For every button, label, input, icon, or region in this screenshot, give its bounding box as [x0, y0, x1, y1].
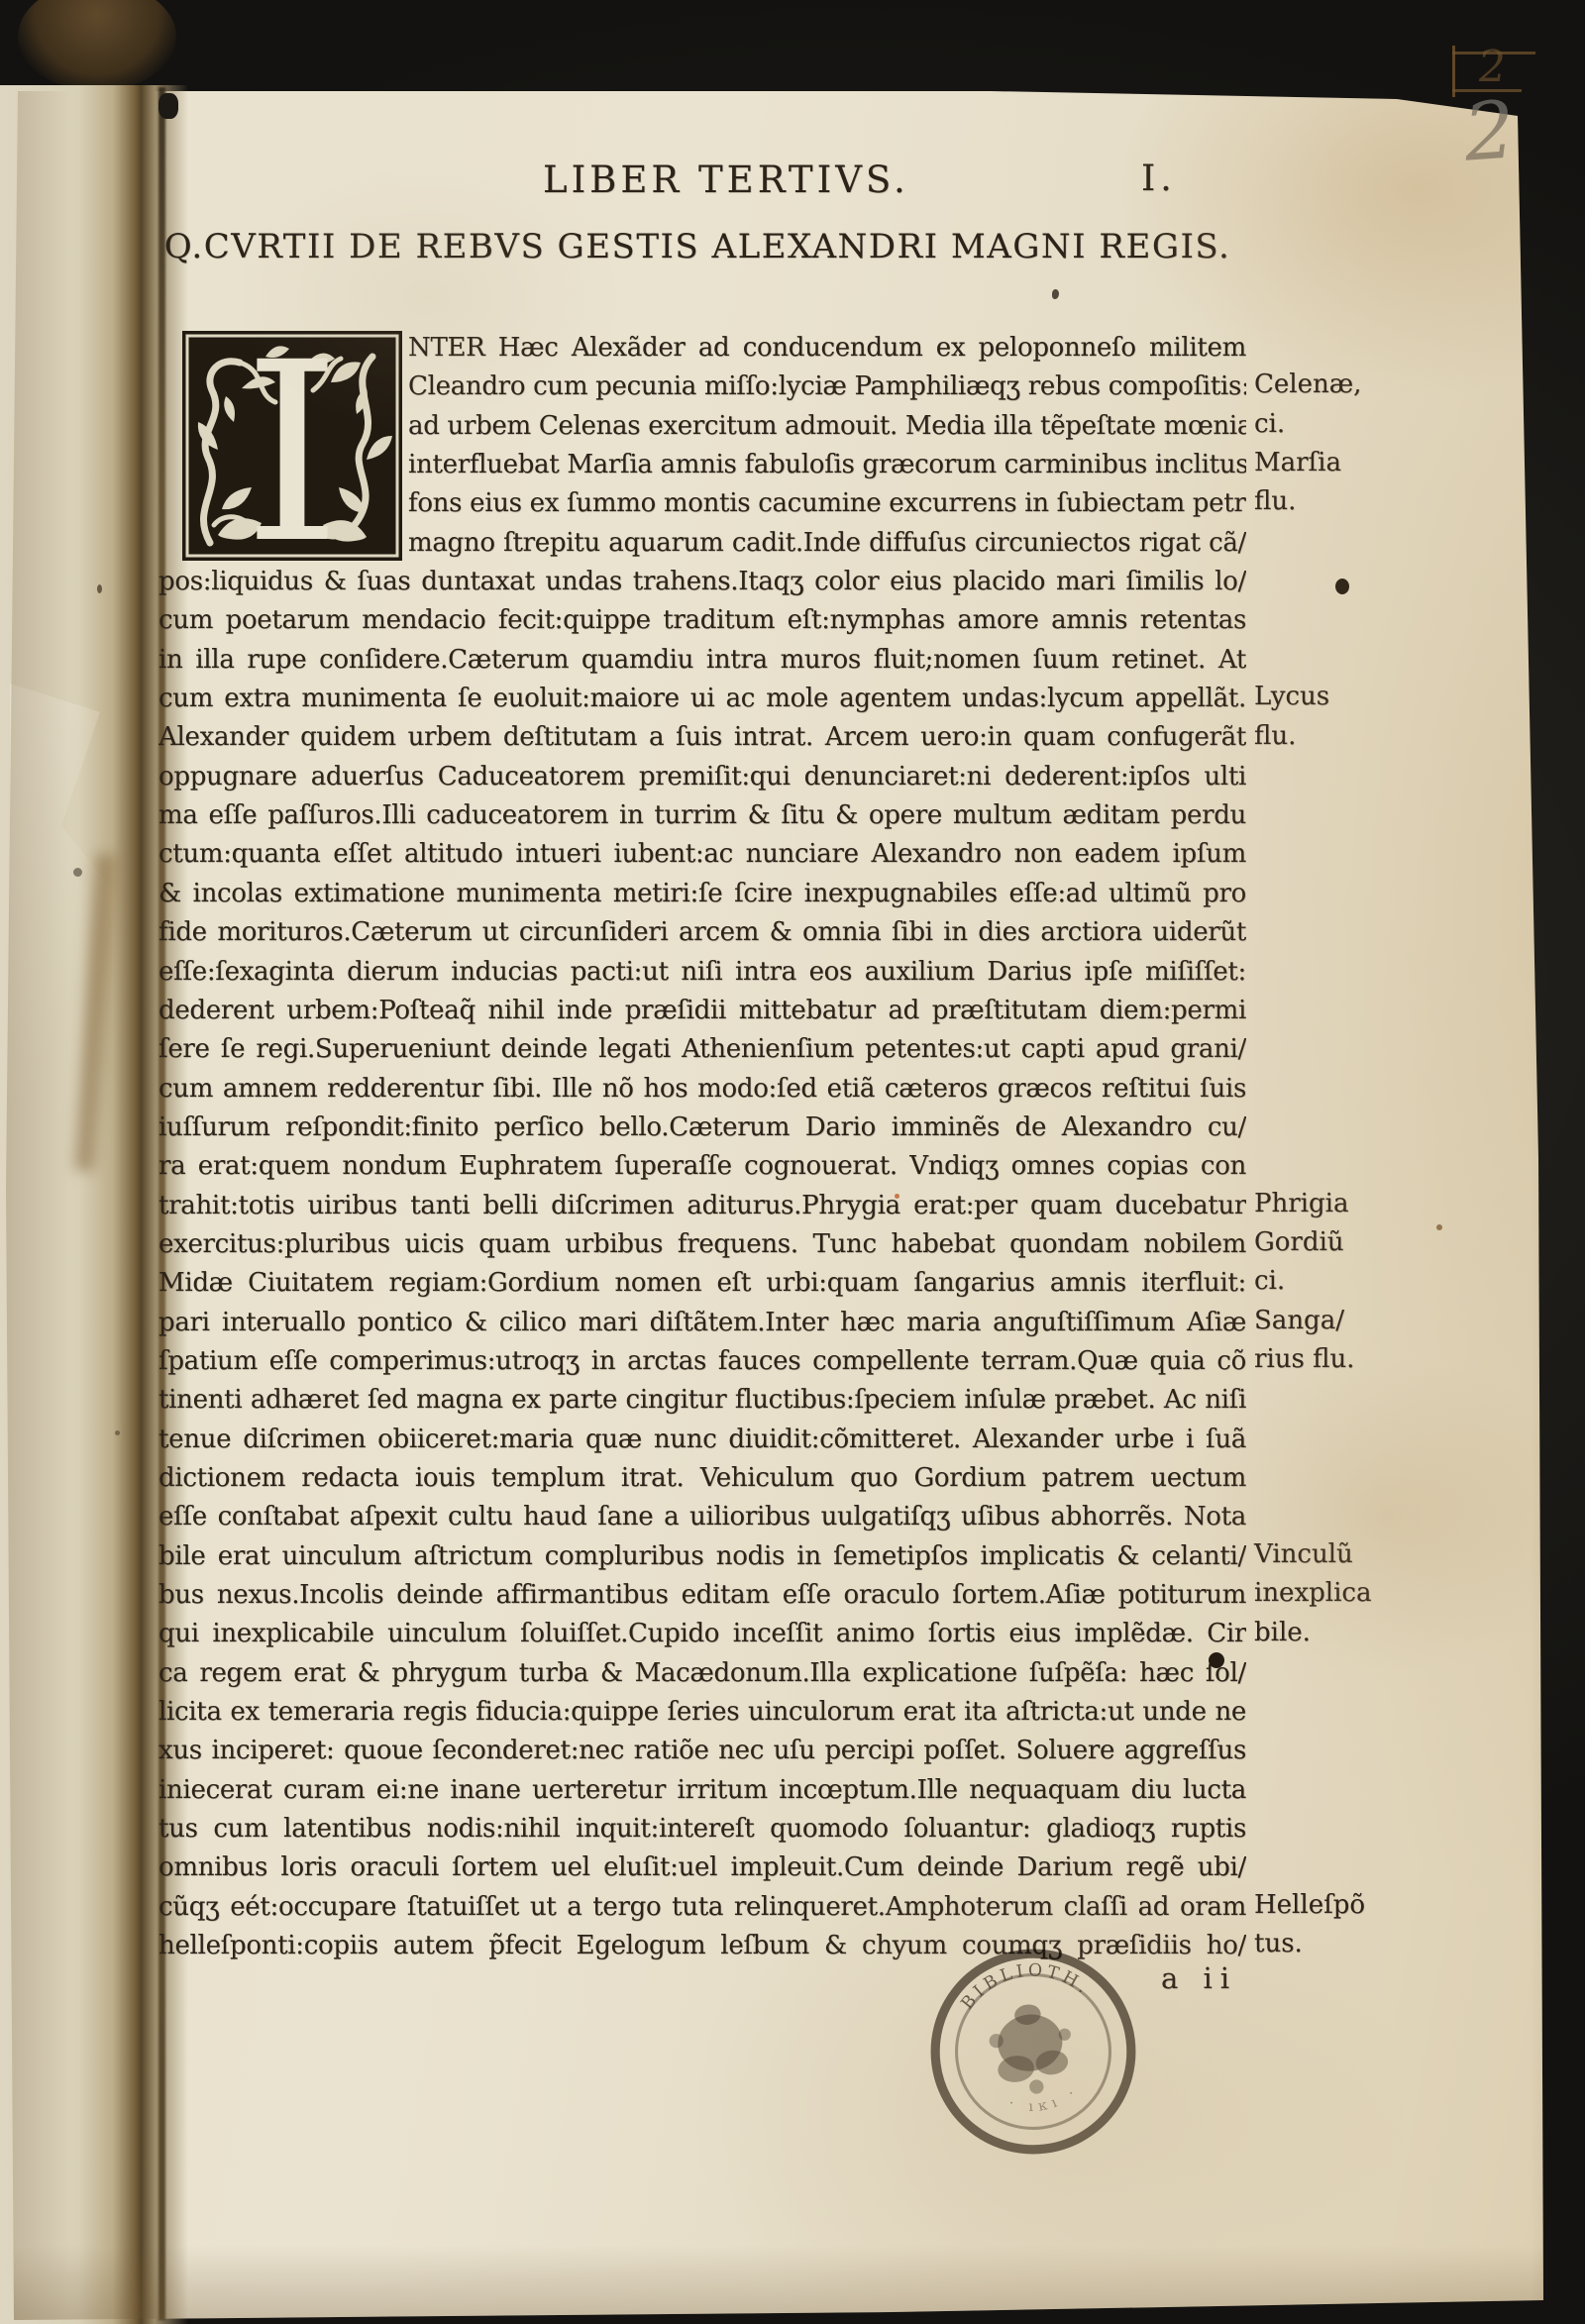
margin-note: Gordiũ: [1254, 1227, 1344, 1257]
stamp-eagle-icon: [986, 2000, 1078, 2099]
body-line: cum extra munimenta ſe euoluit:maiore ui…: [158, 680, 1246, 718]
body-line: ca regem erat & phrygum turba & Macædonu…: [158, 1654, 1246, 1693]
margin-note: Vinculũ: [1254, 1539, 1353, 1569]
margin-note: inexplica: [1254, 1578, 1371, 1608]
body-line: eſſe:ſexaginta dierum inducias pacti:ut …: [158, 953, 1246, 992]
body-line: Cleandro cum pecunia miſſo:lyciæ Pamphil…: [158, 368, 1246, 406]
body-line: ad urbem Celenas exercitum admouit. Medi…: [158, 407, 1246, 446]
body-line: NTER Hæc Alexãder ad conducendum ex pelo…: [158, 329, 1246, 368]
binding-fibres: [18, 0, 176, 91]
body-line: ſpatium eſſe comperimus:utroqʒ in arctas…: [158, 1342, 1246, 1381]
body-line: Alexander quidem urbem deſtitutam a ſuis…: [158, 718, 1246, 757]
svg-text:· ıĸı ·: · ıĸı ·: [1004, 2081, 1085, 2119]
body-line: cum amnem redderentur ſibi. Ille nõ hos …: [158, 1070, 1246, 1109]
body-line: ma eſſe paſſuros.Illi caduceatorem in tu…: [158, 796, 1246, 835]
body-line: fons eius ex ſummo montis cacumine excur…: [158, 484, 1246, 523]
margin-speck: [97, 584, 102, 593]
margin-note: Helleſpõ: [1254, 1890, 1365, 1920]
margin-note: rius flu.: [1254, 1344, 1354, 1374]
body-line: bus nexus.Incolis deinde affirmantibus e…: [158, 1576, 1246, 1615]
body-line: qui inexplicabile uinculum ſoluiſſet.Cup…: [158, 1615, 1246, 1653]
body-line: pos:liquidus & ſuas duntaxat undas trahe…: [158, 563, 1246, 601]
signature-mark: a ii: [1161, 1961, 1237, 1995]
body-line: in illa rupe conſidere.Cæterum quamdiu i…: [158, 641, 1246, 680]
body-line: omnibus loris oraculi ſortem uel eluſit:…: [158, 1849, 1246, 1887]
corner-ink-mark: 2: [1452, 46, 1537, 97]
body-line: exercitus:pluribus uicis quam urbibus fr…: [158, 1225, 1246, 1264]
body-line: tus cum latentibus nodis:nihil inquit:in…: [158, 1810, 1246, 1849]
body-line: dictionem redacta iouis templum itrat. V…: [158, 1459, 1246, 1498]
library-stamp: BIBLIOTH. · ıĸı ·: [915, 1934, 1151, 2169]
body-line: interfluebat Marſia amnis fabuloſis græc…: [158, 446, 1246, 484]
margin-note: Lycus: [1254, 682, 1329, 711]
photo-background: LIBER TERTIVS. I. Q.CVRTII DE REBVS GEST…: [0, 0, 1585, 2324]
body-line: cum poetarum mendacio fecit:quippe tradi…: [158, 601, 1246, 640]
chapter-numeral: I.: [1141, 158, 1177, 199]
text-block: NTER Hæc Alexãder ad conducendum ex pelo…: [158, 329, 1246, 1965]
stain-speck: [1436, 1224, 1442, 1230]
body-line: bile erat uinculum aſtrictum compluribus…: [158, 1537, 1246, 1576]
margin-note: tus.: [1254, 1929, 1303, 1958]
body-line: trahit:totis uiribus tanti belli diſcrim…: [158, 1187, 1246, 1225]
page-title: Q.CVRTII DE REBVS GESTIS ALEXANDRI MAGNI…: [147, 227, 1248, 266]
body-line: eſſe conſtabat aſpexit cultu haud ſane a…: [158, 1498, 1246, 1536]
body-line: iuſſurum reſpondit:finito perſico bello.…: [158, 1109, 1246, 1147]
corner-ink-numeral: 2: [1474, 42, 1509, 92]
ink-blot: [1335, 579, 1349, 594]
margin-note: Phrigia: [1254, 1189, 1348, 1218]
ink-blot: [1209, 1652, 1224, 1668]
margin-note: Sanga/: [1254, 1306, 1344, 1335]
body-line: cũqʒ eét:occupare ſtatuiſſet ut a tergo …: [158, 1888, 1246, 1927]
book-heading: LIBER TERTIVS.: [543, 158, 909, 201]
margin-speck: [73, 868, 82, 877]
body-line: oppugnare aduerſus Caduceatorem premiſit…: [158, 758, 1246, 796]
margin-speck: [115, 1430, 120, 1435]
margin-note: ci.: [1254, 1266, 1285, 1296]
body-line: licita ex temeraria regis fiducia:quippe…: [158, 1693, 1246, 1732]
body-line: ſere ſe regi.Superueniunt deinde legati …: [158, 1030, 1246, 1069]
body-line: Midæ Ciuitatem regiam:Gordium nomen eſt …: [158, 1264, 1246, 1303]
margin-note: ci.: [1254, 409, 1285, 439]
margin-note: Celenæ,: [1254, 370, 1361, 399]
body-line: pari interuallo pontico & cilico mari di…: [158, 1304, 1246, 1342]
gutter-notch: [158, 93, 178, 119]
body-line: magno ſtrepitu aquarum cadit.Inde diffuſ…: [158, 524, 1246, 563]
pencil-folio-number: 2: [1461, 83, 1518, 178]
margin-note: Marſia: [1254, 448, 1341, 477]
body-line: ra erat:quem nondum Euphratem ſuperaſſe …: [158, 1147, 1246, 1186]
body-line: iniecerat curam ei:ne inane uerteretur i…: [158, 1771, 1246, 1810]
body-line: ctum:quanta eſſet altitudo intueri iuben…: [158, 835, 1246, 874]
body-line: fide morituros.Cæterum ut circunſideri a…: [158, 913, 1246, 952]
body-line: & incolas extimatione munimenta metiri:ſ…: [158, 875, 1246, 913]
margin-note: flu.: [1254, 721, 1296, 751]
body-line: tinenti adhæret ſed magna ex parte cingi…: [158, 1381, 1246, 1420]
stain-speck: [895, 1194, 899, 1199]
body-line: xus inciperet: quoue ſeconderet:nec rati…: [158, 1732, 1246, 1770]
body-line: dederent urbem:Poſteaq̃ nihil inde præſi…: [158, 992, 1246, 1030]
body-line: tenue diſcrimen obiiceret:maria quæ nunc…: [158, 1421, 1246, 1459]
margin-note: flu.: [1254, 486, 1296, 516]
margin-note: bile.: [1254, 1618, 1311, 1647]
